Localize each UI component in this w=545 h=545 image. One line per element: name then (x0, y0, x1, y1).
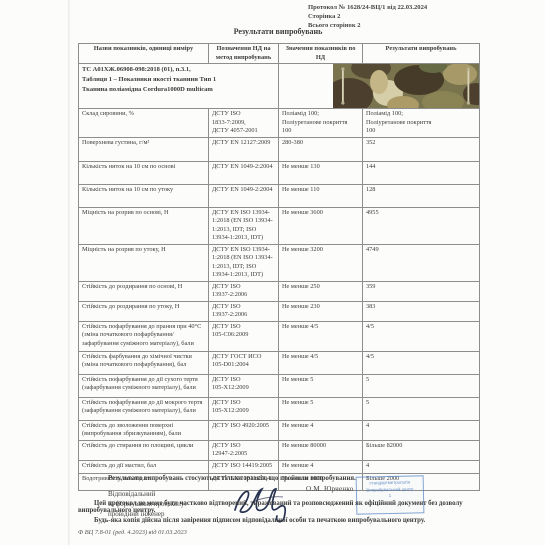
copyright-paragraphs: Цей протокол не може бути частково відтв… (78, 500, 482, 526)
test-result: 4 (363, 460, 480, 473)
header-method: Позначення НД на метод випробувань (209, 44, 279, 64)
table-row: Стійкість до стирання по площині, цикли … (79, 440, 480, 460)
table-row: Стійкість пофарбування до дії сухого тер… (79, 374, 480, 397)
method-standard: ДСТУ ISO 105-X12:2009 (209, 374, 279, 397)
indicator-name: Кількість ниток на 10 см по утоку (79, 184, 209, 207)
indicator-name: Стійкість фарбування до хімічної чистки … (79, 351, 209, 374)
method-standard: ДСТУ ISO 13937-2:2006 (209, 301, 279, 321)
test-result: 383 (363, 301, 480, 321)
method-standard: ДСТУ EN 1049-2:2004 (209, 161, 279, 184)
form-code: Ф ВЦ 7.8-01 (ред. 4.2023) від 01.03.2023 (78, 529, 187, 536)
indicator-name: Поверхнева густина, г/м² (79, 137, 209, 161)
fabric-swatch-cell (279, 64, 480, 109)
nd-requirement: Не менше 5 (279, 397, 363, 420)
header-indicator-name: Назви показників, одиниці виміру (79, 44, 209, 64)
indicator-name: Стійкість до дії мастил, бал (79, 460, 209, 473)
table-row: Стійкість до зволоження поверхні (випроб… (79, 420, 480, 440)
results-scope-note: Результати випробувань стосуються тільки… (108, 475, 356, 482)
method-standard: ДСТУ ISO 14419:2005 (209, 460, 279, 473)
signer-name: О.М. Юрченко (306, 485, 354, 493)
table-row: Міцність на розрив по утоку, Н ДСТУ EN I… (79, 244, 480, 281)
method-standard: ДСТУ ISO 105-X12:2009 (209, 397, 279, 420)
nd-requirement: Не менше 80000 (279, 440, 363, 460)
indicator-name: Міцність на розрив по утоку, Н (79, 244, 209, 281)
table-row: Стійкість фарбування до хімічної чистки … (79, 351, 480, 374)
results-table: Назви показників, одиниці виміру Позначе… (78, 43, 480, 491)
test-result: 359 (363, 281, 480, 301)
nd-requirement: Не менше 250 (279, 281, 363, 301)
table-row: Стійкість до роздирання по основі, Н ДСТ… (79, 281, 480, 301)
test-result: 128 (363, 184, 480, 207)
method-standard: ДСТУ ISO 1833-7:2009, ДСТУ 4057-2001 (209, 109, 279, 138)
test-result: 4/5 (363, 321, 480, 351)
nd-requirement: Не менше 4 (279, 420, 363, 440)
page-title: Результати випробувань (78, 27, 478, 36)
nd-requirement: Поліамід 100; Поліуретанове покриття 100 (279, 109, 363, 138)
table-row: Кількість ниток на 10 см по основі ДСТУ … (79, 161, 480, 184)
method-standard: ДСТУ EN ISO 13934- 1:2018 (EN ISO 13934-… (209, 207, 279, 244)
indicator-name: Стійкість пофарбування до дії мокрого те… (79, 397, 209, 420)
test-result: Поліамід 100; Поліуретанове покриття 100 (363, 109, 480, 138)
table-row: Поверхнева густина, г/м² ДСТУ EN 12127:2… (79, 137, 480, 161)
indicator-name: Стійкість до зволоження поверхні (випроб… (79, 420, 209, 440)
test-result: 4955 (363, 207, 480, 244)
protocol-number-line: Протокол № 1628/24-ВЦ/1 від 22.03.2024 (308, 4, 427, 13)
indicator-name: Стійкість до роздирання по утоку, Н (79, 301, 209, 321)
method-standard: ДСТУ EN ISO 13934- 1:2018 (EN ISO 13934-… (209, 244, 279, 281)
test-result: 352 (363, 137, 480, 161)
nd-requirement: Не менше 130 (279, 161, 363, 184)
test-result: 4749 (363, 244, 480, 281)
table-row: Стійкість пофарбування до прання при 40°… (79, 321, 480, 351)
nd-requirement: Не менше 110 (279, 184, 363, 207)
indicator-name: Кількість ниток на 10 см по основі (79, 161, 209, 184)
method-standard: ДСТУ EN 1049-2:2004 (209, 184, 279, 207)
table-row: Стійкість до дії мастил, бал ДСТУ ISO 14… (79, 460, 480, 473)
test-result: 4/5 (363, 351, 480, 374)
test-result: Більше 82000 (363, 440, 480, 460)
nd-requirement: Не менше 230 (279, 301, 363, 321)
nd-requirement: Не менше 3600 (279, 207, 363, 244)
method-standard: ДСТУ ISO 12947-2:2005 (209, 440, 279, 460)
method-standard: ДСТУ ISO 13937-2:2006 (209, 281, 279, 301)
method-standard: ДСТУ ISO 105-C06:2009 (209, 321, 279, 351)
table-row: Стійкість пофарбування до дії мокрого те… (79, 397, 480, 420)
scan-page-edge (68, 0, 70, 545)
header-result: Результати випробувань (363, 44, 480, 64)
nd-requirement: 280-380 (279, 137, 363, 161)
indicator-name: Стійкість пофарбування до прання при 40°… (79, 321, 209, 351)
nd-requirement: Не менше 4 (279, 460, 363, 473)
document-page: Протокол № 1628/24-ВЦ/1 від 22.03.2024 С… (0, 0, 545, 545)
sample-info-row: ТС А01ХЖ.06908-098:2018 (01), п.3.1, Таб… (79, 64, 480, 109)
indicator-name: Стійкість до стирання по площині, цикли (79, 440, 209, 460)
method-standard: ДСТУ EN 12127:2009 (209, 137, 279, 161)
table-row: Стійкість до роздирання по утоку, Н ДСТУ… (79, 301, 480, 321)
page-number-line: Сторінка 2 (308, 13, 427, 22)
method-standard: ДСТУ ГОСТ ИСО 105-D01:2004 (209, 351, 279, 374)
sample-description: ТС А01ХЖ.06908-098:2018 (01), п.3.1, Таб… (79, 64, 279, 109)
copyright-paragraph-2: Будь-яка копія дійсна після завірення пі… (78, 517, 482, 524)
nd-requirement: Не менше 3200 (279, 244, 363, 281)
test-result: 144 (363, 161, 480, 184)
table-header-row: Назви показників, одиниці виміру Позначе… (79, 44, 480, 64)
indicator-name: Склад сировини, % (79, 109, 209, 138)
test-result: 5 (363, 374, 480, 397)
copyright-paragraph-1: Цей протокол не може бути частково відтв… (78, 500, 482, 515)
method-standard: ДСТУ ISO 4920:2005 (209, 420, 279, 440)
nd-requirement: Не менше 5 (279, 374, 363, 397)
nd-requirement: Не менше 4/5 (279, 351, 363, 374)
indicator-name: Стійкість до роздирання по основі, Н (79, 281, 209, 301)
indicator-name: Стійкість пофарбування до дії сухого тер… (79, 374, 209, 397)
table-row: Склад сировини, % ДСТУ ISO 1833-7:2009, … (79, 109, 480, 138)
indicator-name: Міцність на розрив по основі, Н (79, 207, 209, 244)
header-requirement: Значення показників по НД (279, 44, 363, 64)
nd-requirement: Не менше 4/5 (279, 321, 363, 351)
fabric-swatch-image (333, 64, 479, 108)
test-result: 4 (363, 420, 480, 440)
test-result: 5 (363, 397, 480, 420)
table-row: Кількість ниток на 10 см по утоку ДСТУ E… (79, 184, 480, 207)
table-row: Міцність на розрив по основі, Н ДСТУ EN … (79, 207, 480, 244)
